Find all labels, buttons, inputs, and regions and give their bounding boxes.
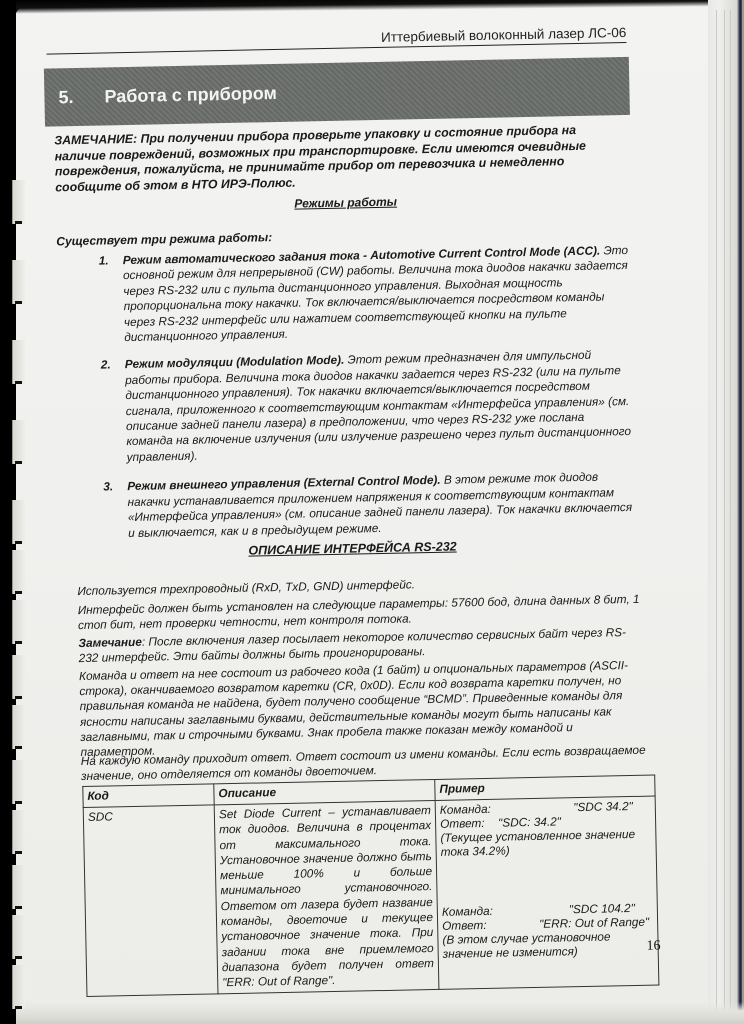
command-value: "SDC 34.2" xyxy=(520,799,651,816)
response-label: Ответ: xyxy=(440,816,498,831)
section-title: Работа с прибором xyxy=(104,82,277,106)
mode-item-external: 3. Режим внешнего управления (External C… xyxy=(103,469,634,541)
header-code: Код xyxy=(83,784,214,808)
cell-code: SDC xyxy=(83,805,218,996)
receipt-note: ЗАМЕЧАНИЕ: При получении прибора проверь… xyxy=(54,122,630,196)
cell-description: Set Diode Current – устанавливает ток ди… xyxy=(214,800,439,993)
response-label: Ответ: xyxy=(442,918,500,933)
table-row: SDC Set Diode Current – устанавливает то… xyxy=(83,796,659,996)
mode-item-acc: 1. Режим автоматического задания тока - … xyxy=(99,243,631,346)
response-value: "SDC: 34.2" xyxy=(498,814,561,829)
modes-list: 1. Режим автоматического задания тока - … xyxy=(99,243,635,541)
cell-example: Команда: "SDC 34.2" Ответ: "SDC: 34.2" (… xyxy=(435,796,659,989)
page-number: 16 xyxy=(646,938,660,954)
running-header: Иттербиевый волоконный лазер ЛС-06 xyxy=(46,25,626,55)
example-note: (В этом случае установочное значение не … xyxy=(442,929,654,961)
mode-number: 1. xyxy=(99,253,109,269)
mode-number: 2. xyxy=(101,358,111,374)
mode-item-modulation: 2. Режим модуляции (Modulation Mode). Эт… xyxy=(101,347,633,465)
mode-number: 3. xyxy=(103,480,113,496)
command-table: Код Описание Пример SDC Set Diode Curren… xyxy=(82,775,659,997)
note-label: Замечание xyxy=(78,635,142,650)
section-number: 5. xyxy=(58,86,98,108)
page-content: Иттербиевый волоконный лазер ЛС-06 5. Ра… xyxy=(0,0,744,1024)
section-title-bar: 5. Работа с прибором xyxy=(44,57,630,127)
example-note: (Текущее установленное значение тока 34.… xyxy=(440,827,652,859)
